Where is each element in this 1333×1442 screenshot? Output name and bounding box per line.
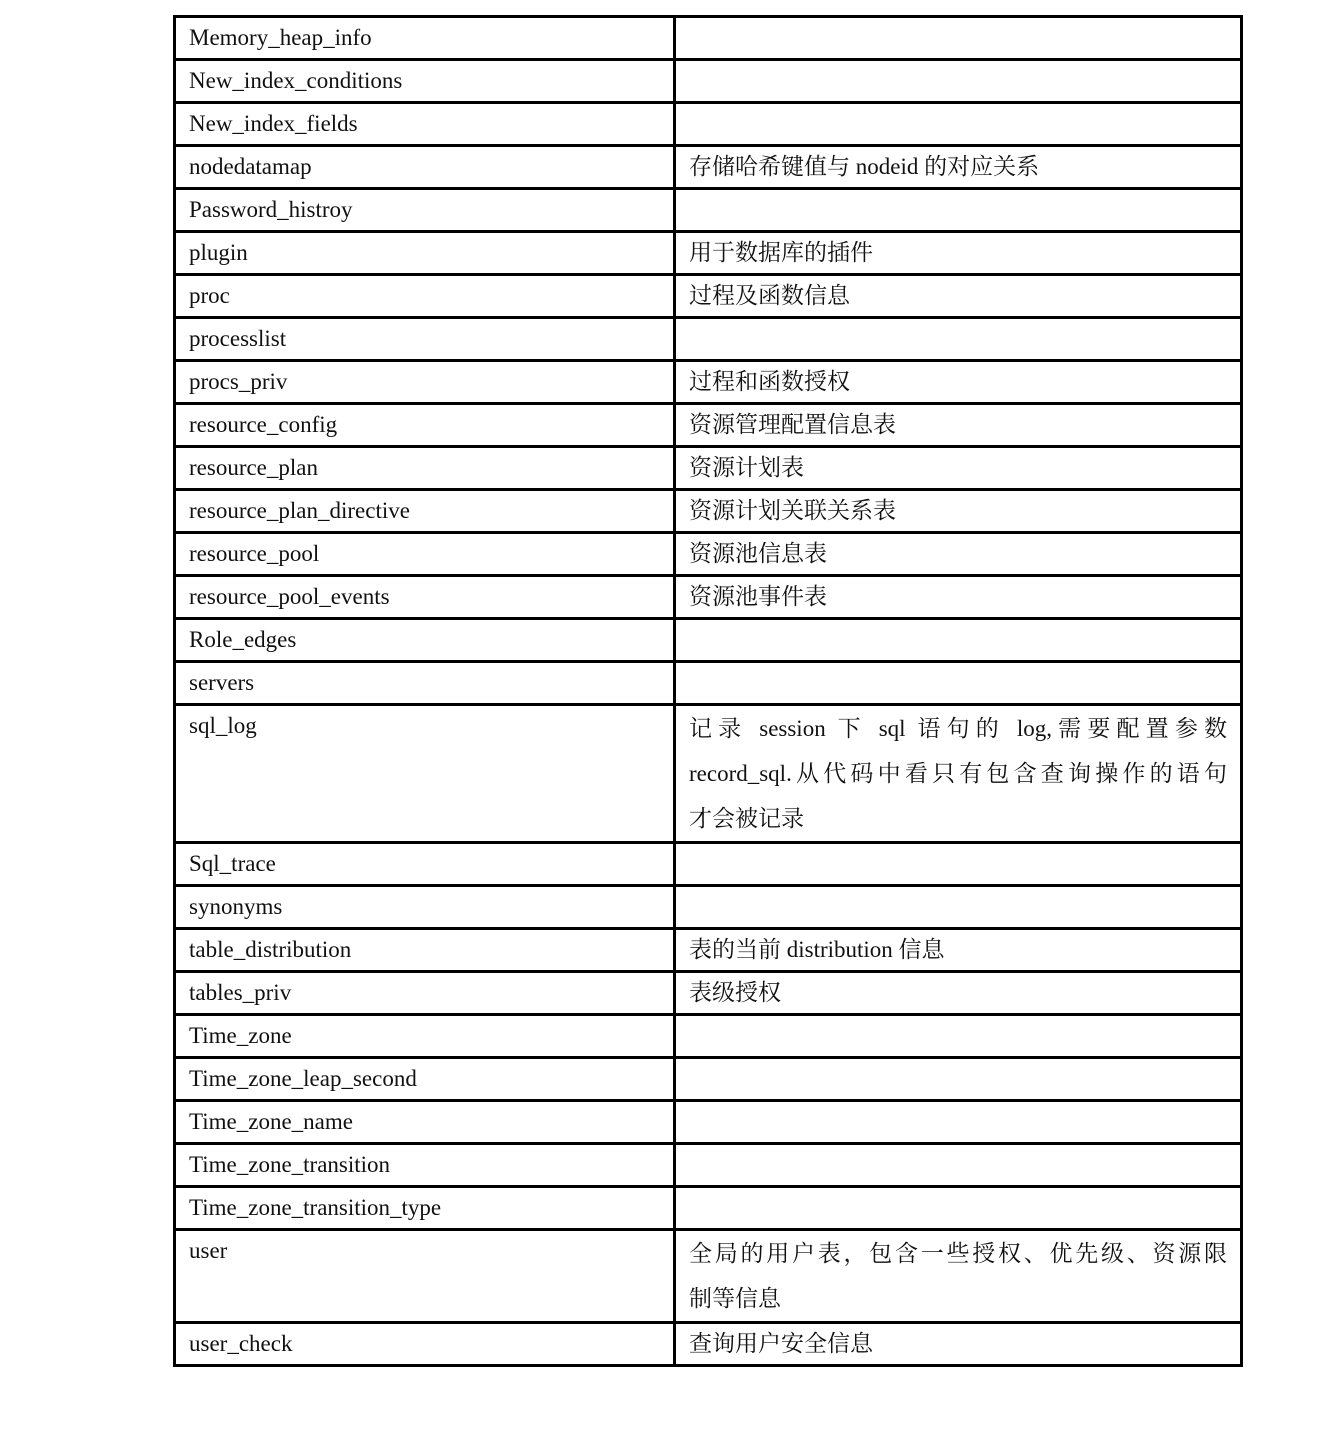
cell-description: 表级授权 (675, 972, 1242, 1015)
cell-description: 表的当前 distribution 信息 (675, 929, 1242, 972)
table-row: plugin用于数据库的插件 (175, 232, 1242, 275)
cell-description: 资源管理配置信息表 (675, 404, 1242, 447)
cell-table-name: sql_log (175, 705, 675, 843)
table-row: table_distribution表的当前 distribution 信息 (175, 929, 1242, 972)
cell-table-name: Time_zone_transition (175, 1144, 675, 1187)
table-row: resource_config资源管理配置信息表 (175, 404, 1242, 447)
table-row: servers (175, 662, 1242, 705)
cell-table-name: resource_plan (175, 447, 675, 490)
cell-table-name: synonyms (175, 886, 675, 929)
cell-description (675, 318, 1242, 361)
table-row: Time_zone_transition (175, 1144, 1242, 1187)
cell-table-name: user_check (175, 1323, 675, 1366)
cell-description: 查询用户安全信息 (675, 1323, 1242, 1366)
table-row: user_check查询用户安全信息 (175, 1323, 1242, 1366)
cell-description (675, 1144, 1242, 1187)
table-row: resource_pool_events资源池事件表 (175, 576, 1242, 619)
description-line: 才会被记录 (689, 796, 1227, 841)
table-row: user全局的用户表，包含一些授权、优先级、资源限制等信息 (175, 1230, 1242, 1323)
cell-description (675, 619, 1242, 662)
cell-description (675, 17, 1242, 60)
table-row: processlist (175, 318, 1242, 361)
description-line: 记录 session 下 sql 语句的 log,需要配置参数 (689, 706, 1227, 751)
cell-table-name: Password_histroy (175, 189, 675, 232)
table-row: tables_priv表级授权 (175, 972, 1242, 1015)
cell-table-name: tables_priv (175, 972, 675, 1015)
cell-description (675, 662, 1242, 705)
cell-description: 用于数据库的插件 (675, 232, 1242, 275)
table-row: Time_zone_name (175, 1101, 1242, 1144)
table-row: Time_zone_transition_type (175, 1187, 1242, 1230)
cell-description (675, 1101, 1242, 1144)
cell-description (675, 189, 1242, 232)
table-body: Memory_heap_infoNew_index_conditionsNew_… (175, 17, 1242, 1366)
cell-description (675, 60, 1242, 103)
cell-table-name: Role_edges (175, 619, 675, 662)
document-page: Memory_heap_infoNew_index_conditionsNew_… (0, 0, 1333, 1442)
cell-table-name: New_index_conditions (175, 60, 675, 103)
cell-description: 存储哈希键值与 nodeid 的对应关系 (675, 146, 1242, 189)
cell-description: 资源计划关联关系表 (675, 490, 1242, 533)
cell-description (675, 843, 1242, 886)
cell-description: 过程和函数授权 (675, 361, 1242, 404)
table-row: nodedatamap存储哈希键值与 nodeid 的对应关系 (175, 146, 1242, 189)
cell-table-name: proc (175, 275, 675, 318)
cell-table-name: table_distribution (175, 929, 675, 972)
table-row: synonyms (175, 886, 1242, 929)
table-row: Password_histroy (175, 189, 1242, 232)
cell-description (675, 1015, 1242, 1058)
cell-table-name: procs_priv (175, 361, 675, 404)
cell-table-name: New_index_fields (175, 103, 675, 146)
cell-table-name: resource_config (175, 404, 675, 447)
cell-table-name: nodedatamap (175, 146, 675, 189)
cell-description: 资源池信息表 (675, 533, 1242, 576)
table-row: New_index_conditions (175, 60, 1242, 103)
cell-description: 资源计划表 (675, 447, 1242, 490)
table-row: Time_zone_leap_second (175, 1058, 1242, 1101)
table-row: Time_zone (175, 1015, 1242, 1058)
cell-table-name: user (175, 1230, 675, 1323)
table-row: proc过程及函数信息 (175, 275, 1242, 318)
description-line: 全局的用户表，包含一些授权、优先级、资源限 (689, 1231, 1227, 1276)
cell-description: 记录 session 下 sql 语句的 log,需要配置参数record_sq… (675, 705, 1242, 843)
cell-table-name: Sql_trace (175, 843, 675, 886)
table-row: resource_plan资源计划表 (175, 447, 1242, 490)
cell-table-name: resource_plan_directive (175, 490, 675, 533)
table-row: resource_plan_directive资源计划关联关系表 (175, 490, 1242, 533)
cell-table-name: plugin (175, 232, 675, 275)
cell-description (675, 103, 1242, 146)
cell-table-name: Time_zone_name (175, 1101, 675, 1144)
tables-description-table: Memory_heap_infoNew_index_conditionsNew_… (173, 15, 1243, 1367)
cell-description: 过程及函数信息 (675, 275, 1242, 318)
cell-table-name: Time_zone_transition_type (175, 1187, 675, 1230)
table-row: resource_pool资源池信息表 (175, 533, 1242, 576)
description-line: 制等信息 (689, 1276, 1227, 1321)
cell-table-name: servers (175, 662, 675, 705)
cell-description (675, 886, 1242, 929)
cell-table-name: Time_zone_leap_second (175, 1058, 675, 1101)
cell-table-name: resource_pool (175, 533, 675, 576)
cell-description: 全局的用户表，包含一些授权、优先级、资源限制等信息 (675, 1230, 1242, 1323)
table-row: New_index_fields (175, 103, 1242, 146)
table-row: procs_priv过程和函数授权 (175, 361, 1242, 404)
table-row: Sql_trace (175, 843, 1242, 886)
table-row: Memory_heap_info (175, 17, 1242, 60)
cell-table-name: processlist (175, 318, 675, 361)
cell-table-name: Time_zone (175, 1015, 675, 1058)
table-row: Role_edges (175, 619, 1242, 662)
cell-table-name: Memory_heap_info (175, 17, 675, 60)
cell-description (675, 1187, 1242, 1230)
cell-description: 资源池事件表 (675, 576, 1242, 619)
description-line: record_sql.从代码中看只有包含查询操作的语句 (689, 751, 1227, 796)
cell-table-name: resource_pool_events (175, 576, 675, 619)
cell-description (675, 1058, 1242, 1101)
table-row: sql_log记录 session 下 sql 语句的 log,需要配置参数re… (175, 705, 1242, 843)
